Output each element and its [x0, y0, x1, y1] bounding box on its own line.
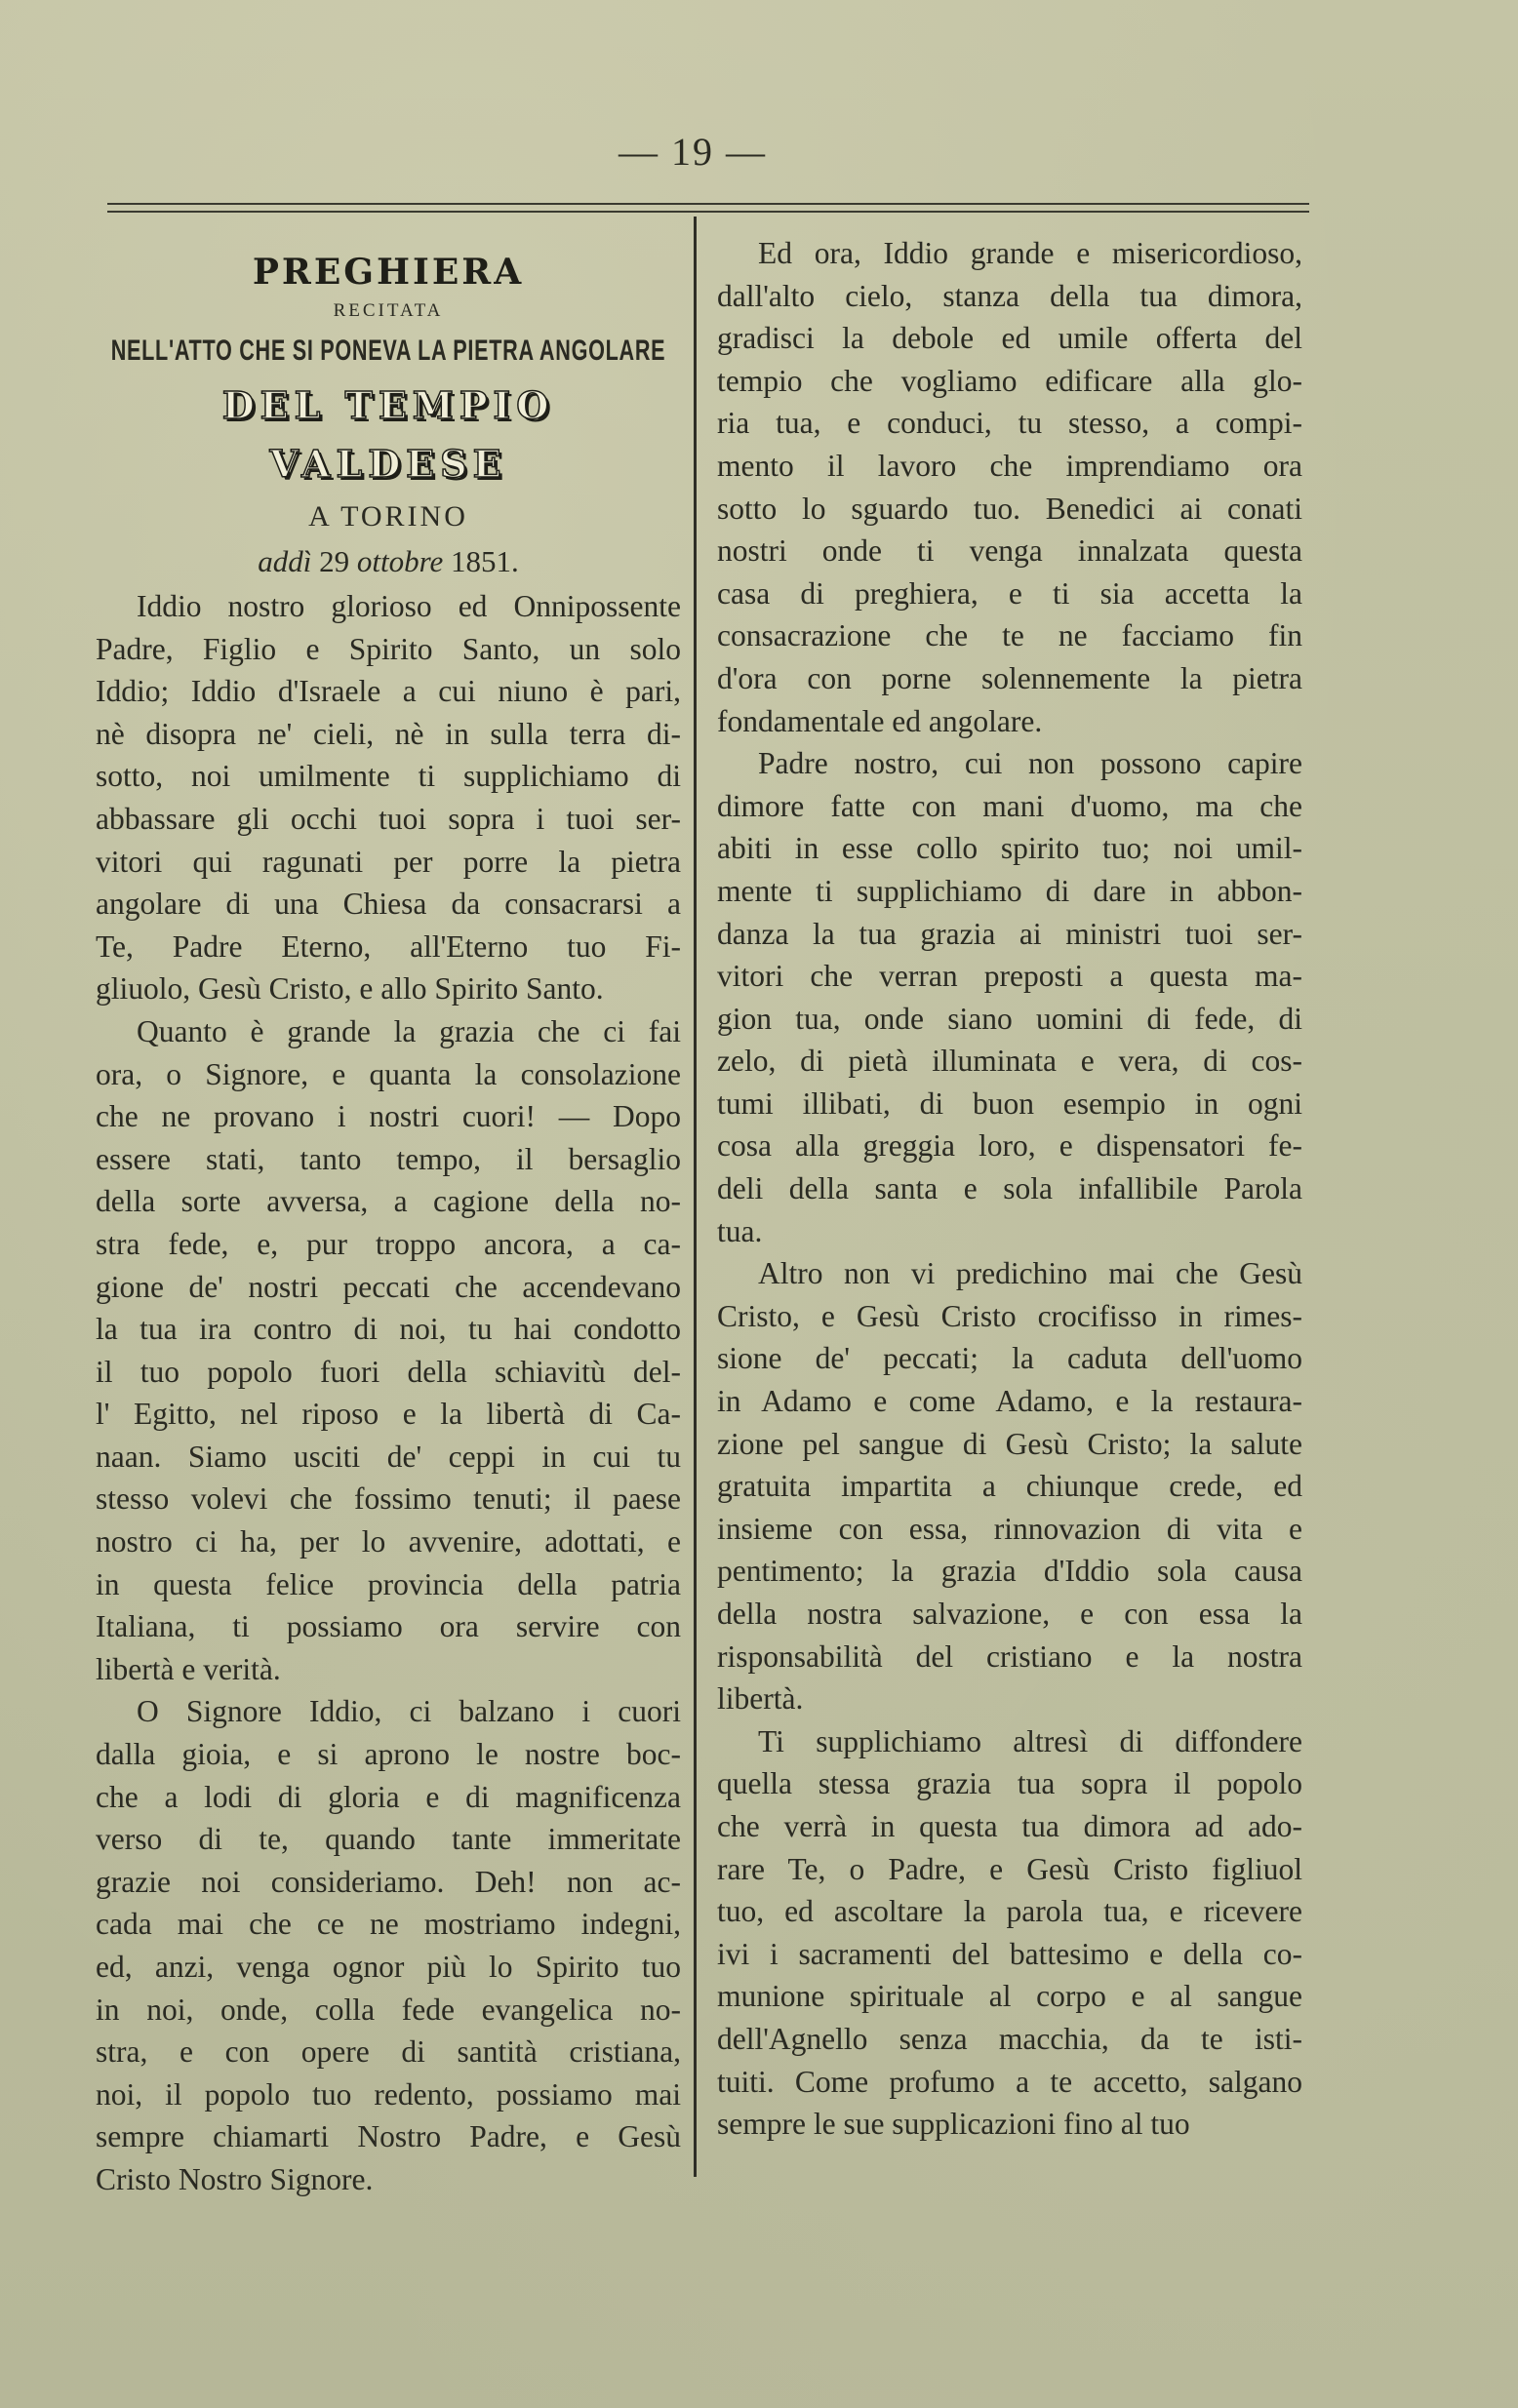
text-line: noi, il popolo tuo redento, possiamo mai [96, 2073, 681, 2116]
text-line: nè disopra ne' cieli, nè in sulla terra … [96, 713, 681, 756]
text-line: stesso volevi che fossimo tenuti; il pae… [96, 1478, 681, 1520]
header-rule-top [107, 203, 1309, 205]
text-line: sempre le sue supplicazioni fino al tuo [717, 2103, 1302, 2146]
text-line: danza la tua grazia ai ministri tuoi ser… [717, 913, 1302, 956]
text-line: sotto lo sguardo tuo. Benedici ai conati [717, 488, 1302, 531]
text-line: dimore fatte con mani d'uomo, ma che [717, 785, 1302, 828]
text-line: consacrazione che te ne facciamo fin [717, 614, 1302, 657]
text-line: pentimento; la grazia d'Iddio sola causa [717, 1550, 1302, 1593]
date-day: 29 [319, 544, 349, 578]
text-line: dell'Agnello senza macchia, da te isti- [717, 2018, 1302, 2061]
text-line: Altro non vi predichino mai che Gesù [717, 1252, 1302, 1295]
text-line: deli della santa e sola infallibile Paro… [717, 1167, 1302, 1210]
text-line: l' Egitto, nel riposo e la libertà di Ca… [96, 1393, 681, 1436]
date-year: 1851. [451, 544, 519, 578]
text-line: ria tua, e conduci, tu stesso, a compi- [717, 402, 1302, 445]
text-line: rare Te, o Padre, e Gesù Cristo figliuol [717, 1848, 1302, 1891]
text-line: il tuo popolo fuori della schiavitù del- [96, 1351, 681, 1394]
text-line: mento il lavoro che imprendiamo ora [717, 445, 1302, 488]
page-number: — 19 — [0, 129, 1385, 175]
text-line: ora, o Signore, e quanta la consolazione [96, 1053, 681, 1096]
text-line: Iddio nostro glorioso ed Onnipossente [96, 585, 681, 628]
text-line: zione pel sangue di Gesù Cristo; la salu… [717, 1423, 1302, 1466]
text-line: O Signore Iddio, ci balzano i cuori [96, 1690, 681, 1733]
text-line: gradisci la debole ed umile offerta del [717, 317, 1302, 360]
text-line: gratuita impartita a chiunque crede, ed [717, 1465, 1302, 1508]
text-line: Cristo, e Gesù Cristo crocifisso in rime… [717, 1295, 1302, 1338]
paragraph: Padre nostro, cui non possono capiredimo… [717, 742, 1302, 1252]
text-line: gion tua, onde siano uomini di fede, di [717, 998, 1302, 1041]
text-line: in noi, onde, colla fede evangelica no- [96, 1989, 681, 2032]
left-body-text: Iddio nostro glorioso ed OnnipossentePad… [96, 585, 681, 2201]
text-line: casa di preghiera, e ti sia accetta la [717, 572, 1302, 615]
paragraph: Quanto è grande la grazia che ci faiora,… [96, 1010, 681, 1691]
paragraph: Ti supplichiamo altresì di diffondereque… [717, 1720, 1302, 2146]
text-line: tua. [717, 1210, 1302, 1253]
text-line: tuiti. Come profumo a te accetto, salgan… [717, 2061, 1302, 2104]
text-line: fondamentale ed angolare. [717, 700, 1302, 743]
heading-date: addì 29 ottobre 1851. [96, 540, 681, 583]
paragraph: Altro non vi predichino mai che GesùCris… [717, 1252, 1302, 1720]
text-line: ed, anzi, venga ognor più lo Spirito tuo [96, 1946, 681, 1989]
heading-place: A TORINO [96, 493, 681, 540]
text-line: la tua ira contro di noi, tu hai condott… [96, 1308, 681, 1351]
text-line: gione de' nostri peccati che accendevano [96, 1266, 681, 1309]
text-line: verso di te, quando tante immeritate [96, 1818, 681, 1861]
heading-title: PREGHIERA [96, 250, 681, 295]
text-line: Quanto è grande la grazia che ci fai [96, 1010, 681, 1053]
paragraph: O Signore Iddio, ci balzano i cuoridalla… [96, 1690, 681, 2200]
text-line: gliuolo, Gesù Cristo, e allo Spirito San… [96, 967, 681, 1010]
text-line: Ed ora, Iddio grande e misericordioso, [717, 232, 1302, 275]
text-line: libertà e verità. [96, 1648, 681, 1691]
text-line: tempio che vogliamo edificare alla glo- [717, 360, 1302, 403]
prayer-heading: PREGHIERA RECITATA NELL'ATTO CHE SI PONE… [96, 250, 681, 583]
text-line: dall'alto cielo, stanza della tua dimora… [717, 275, 1302, 318]
text-line: ivi i sacramenti del battesimo e della c… [717, 1933, 1302, 1976]
text-line: cada mai che ce ne mostriamo indegni, [96, 1903, 681, 1946]
text-line: della nostra salvazione, e con essa la [717, 1593, 1302, 1636]
text-line: sotto, noi umilmente ti supplichiamo di [96, 755, 681, 798]
text-line: Padre nostro, cui non possono capire [717, 742, 1302, 785]
text-line: che verrà in questa tua dimora ad ado- [717, 1805, 1302, 1848]
text-line: zelo, di pietà illuminata e vera, di cos… [717, 1040, 1302, 1083]
heading-subtitle-line2: DEL TEMPIO VALDESE [96, 376, 681, 493]
header-rule-bottom [107, 211, 1309, 213]
heading-subtitle-line1: NELL'ATTO CHE SI PONEVA LA PIETRA ANGOLA… [94, 326, 684, 376]
text-line: Cristo Nostro Signore. [96, 2158, 681, 2201]
text-line: libertà. [717, 1678, 1302, 1720]
text-line: Iddio; Iddio d'Israele a cui niuno è par… [96, 670, 681, 713]
paragraph: Ed ora, Iddio grande e misericordioso,da… [717, 232, 1302, 742]
text-line: Padre, Figlio e Spirito Santo, un solo [96, 628, 681, 671]
text-line: abbassare gli occhi tuoi sopra i tuoi se… [96, 798, 681, 841]
text-line: tumi illibati, di buon esempio in ogni [717, 1083, 1302, 1125]
text-line: quella stessa grazia tua sopra il popolo [717, 1762, 1302, 1805]
text-line: Te, Padre Eterno, all'Eterno tuo Fi- [96, 926, 681, 968]
text-line: tuo, ed ascoltare la parola tua, e ricev… [717, 1890, 1302, 1933]
text-line: mente ti supplichiamo di dare in abbon- [717, 870, 1302, 913]
text-line: abiti in esse collo spirito tuo; noi umi… [717, 827, 1302, 870]
text-line: naan. Siamo usciti de' ceppi in cui tu [96, 1436, 681, 1479]
document-page: — 19 — PREGHIERA RECITATA NELL'ATTO CHE … [0, 0, 1518, 2408]
text-line: sione de' peccati; la caduta dell'uomo [717, 1337, 1302, 1380]
text-line: stra fede, e, pur troppo ancora, a ca- [96, 1223, 681, 1266]
text-line: dalla gioia, e si aprono le nostre boc- [96, 1733, 681, 1776]
heading-recitata: RECITATA [96, 296, 681, 326]
date-month: ottobre [357, 544, 443, 578]
text-line: della sorte avversa, a cagione della no- [96, 1180, 681, 1223]
text-line: in questa felice provincia della patria [96, 1563, 681, 1606]
text-line: stra, e con opere di santità cristiana, [96, 2031, 681, 2073]
text-line: sempre chiamarti Nostro Padre, e Gesù [96, 2115, 681, 2158]
date-prefix: addì [258, 544, 311, 578]
text-line: cosa alla greggia loro, e dispensatori f… [717, 1125, 1302, 1167]
text-line: munione spirituale al corpo e al sangue [717, 1975, 1302, 2018]
text-line: che a lodi di gloria e di magnificenza [96, 1776, 681, 1819]
text-line: nostro ci ha, per lo avvenire, adottati,… [96, 1520, 681, 1563]
text-line: essere stati, tanto tempo, il bersaglio [96, 1138, 681, 1181]
text-line: grazie noi consideriamo. Deh! non ac- [96, 1861, 681, 1904]
paragraph: Iddio nostro glorioso ed OnnipossentePad… [96, 585, 681, 1010]
text-line: vitori qui ragunati per porre la pietra [96, 841, 681, 884]
text-line: che ne provano i nostri cuori! — Dopo [96, 1095, 681, 1138]
right-body-text: Ed ora, Iddio grande e misericordioso,da… [717, 232, 1302, 2146]
right-column: Ed ora, Iddio grande e misericordioso,da… [717, 232, 1302, 2146]
text-line: angolare di una Chiesa da consacrarsi a [96, 883, 681, 926]
text-line: vitori che verran preposti a questa ma- [717, 955, 1302, 998]
left-column: PREGHIERA RECITATA NELL'ATTO CHE SI PONE… [96, 232, 681, 2201]
text-line: Italiana, ti possiamo ora servire con [96, 1605, 681, 1648]
column-divider [694, 217, 697, 2177]
text-line: nostri onde ti venga innalzata questa [717, 530, 1302, 572]
text-line: risponsabilità del cristiano e la nostra [717, 1636, 1302, 1678]
text-line: insieme con essa, rinnovazion di vita e [717, 1508, 1302, 1551]
text-line: Ti supplichiamo altresì di diffondere [717, 1720, 1302, 1763]
text-line: d'ora con porne solennemente la pietra [717, 657, 1302, 700]
text-line: in Adamo e come Adamo, e la restaura- [717, 1380, 1302, 1423]
